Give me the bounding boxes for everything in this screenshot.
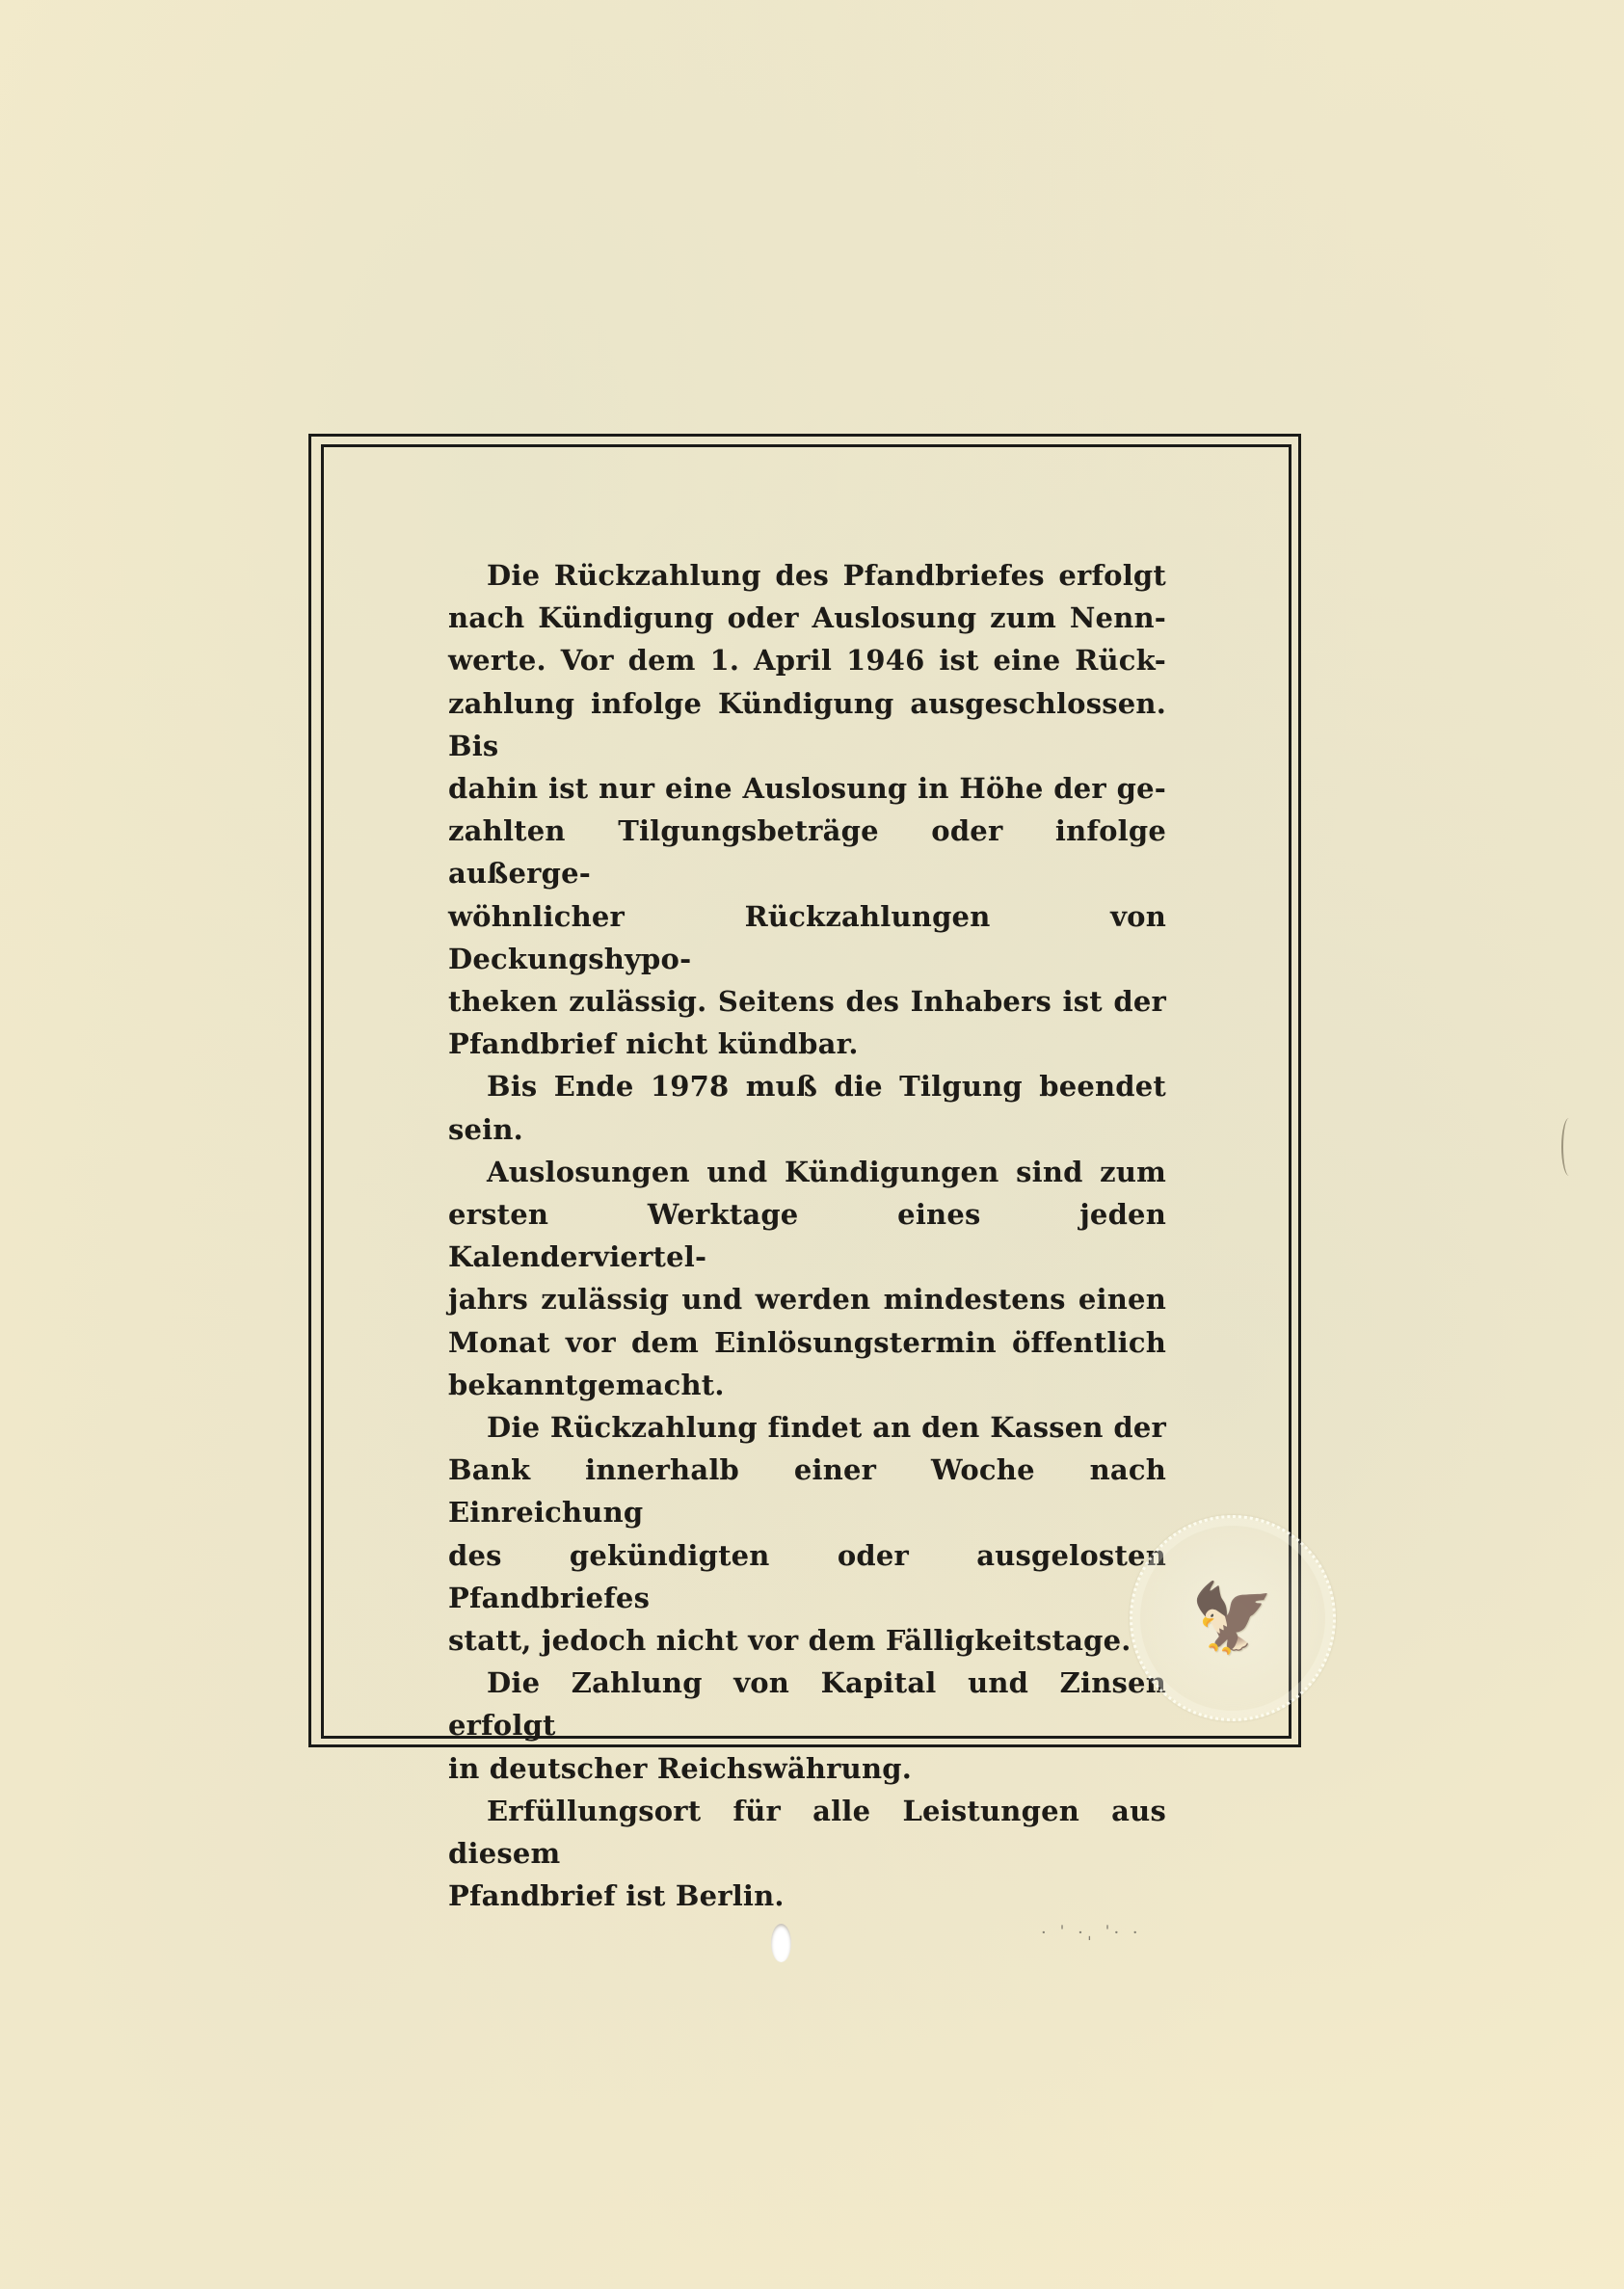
- text-line: bekanntgemacht.: [448, 1364, 1166, 1406]
- text-line: zahlten Tilgungsbeträge oder infolge auß…: [448, 810, 1166, 894]
- text-line: nach Kündigung oder Auslosung zum Nenn-: [448, 597, 1166, 639]
- text-line: Auslosungen und Kündigungen sind zum: [448, 1151, 1166, 1193]
- text-line: ersten Werktage eines jeden Kalendervier…: [448, 1193, 1166, 1278]
- text-line: Die Rückzahlung findet an den Kassen der: [448, 1406, 1166, 1449]
- text-line: Die Zahlung von Kapital und Zinsen erfol…: [448, 1662, 1166, 1746]
- text-line: theken zulässig. Seitens des Inhabers is…: [448, 980, 1166, 1023]
- paragraph-payment-location: Die Rückzahlung findet an den Kassen der…: [448, 1406, 1166, 1662]
- text-line: in deutscher Reichswährung.: [448, 1747, 1166, 1790]
- paragraph-drawings-and-notice: Auslosungen und Kündigungen sind zum ers…: [448, 1151, 1166, 1406]
- text-line: Bis Ende 1978 muß die Tilgung beendet se…: [448, 1065, 1166, 1150]
- paragraph-amortization-deadline: Bis Ende 1978 muß die Tilgung beendet se…: [448, 1065, 1166, 1150]
- text-line: dahin ist nur eine Auslosung in Höhe der…: [448, 767, 1166, 810]
- text-line: werte. Vor dem 1. April 1946 ist eine Rü…: [448, 639, 1166, 681]
- text-line: Pfandbrief ist Berlin.: [448, 1875, 1166, 1917]
- text-line: zahlung infolge Kündigung ausgeschlossen…: [448, 682, 1166, 767]
- punch-hole: [771, 1924, 791, 1962]
- text-line: statt, jedoch nicht vor dem Fälligkeitst…: [448, 1619, 1166, 1662]
- paragraph-place-of-performance: Erfüllungsort für alle Leistungen aus di…: [448, 1790, 1166, 1918]
- text-line: Pfandbrief nicht kündbar.: [448, 1023, 1166, 1065]
- text-line: Erfüllungsort für alle Leistungen aus di…: [448, 1790, 1166, 1875]
- paragraph-repayment-terms: Die Rückzahlung des Pfandbriefes erfolgt…: [448, 554, 1166, 1065]
- text-line: Monat vor dem Einlösungstermin öffentlic…: [448, 1321, 1166, 1364]
- text-line: Die Rückzahlung des Pfandbriefes erfolgt: [448, 554, 1166, 597]
- embossed-seal: 🦅: [1130, 1515, 1336, 1721]
- text-line: jahrs zulässig und werden mindestens ein…: [448, 1278, 1166, 1320]
- text-line: des gekündigten oder ausgelosten Pfandbr…: [448, 1534, 1166, 1619]
- text-line: Bank innerhalb einer Woche nach Einreich…: [448, 1449, 1166, 1533]
- paper-edge-mark: [1561, 1118, 1577, 1176]
- terms-text-block: Die Rückzahlung des Pfandbriefes erfolgt…: [448, 554, 1166, 1918]
- text-line: wöhnlicher Rückzahlungen von Deckungshyp…: [448, 895, 1166, 980]
- paragraph-currency: Die Zahlung von Kapital und Zinsen erfol…: [448, 1662, 1166, 1790]
- ink-specks: · ˈ ·ˌ ˈ· ·: [1041, 1923, 1142, 1943]
- eagle-icon: 🦅: [1190, 1579, 1274, 1659]
- show-through-text: [443, 39, 455, 81]
